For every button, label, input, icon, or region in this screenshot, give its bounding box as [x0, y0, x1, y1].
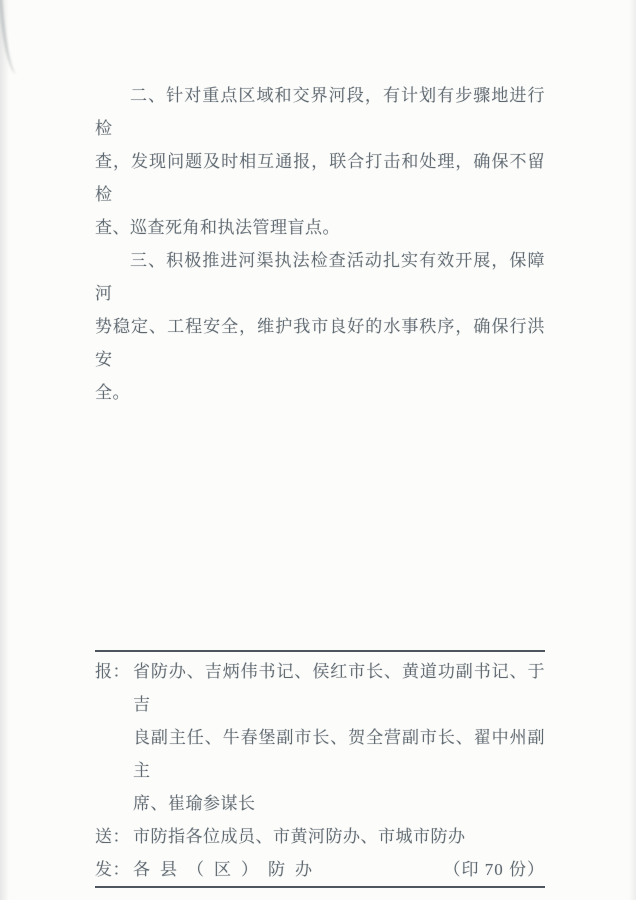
issue-row: 发： 各县（区）防办 （印 70 份）	[95, 853, 545, 886]
report-line: 良副主任、牛春堡副市长、贺全营副市长、翟中州副主	[133, 721, 545, 787]
distribution-footer: 报： 省防办、吉炳伟书记、侯红市长、黄道功副书记、于吉 良副主任、牛春堡副市长、…	[95, 650, 545, 888]
body-line: 势稳定、工程安全，维护我市良好的水事秩序，确保行洪安	[95, 310, 545, 376]
document-body: 二、针对重点区域和交界河段，有计划有步骤地进行检 查，发现问题及时相互通报，联合…	[95, 79, 545, 409]
body-line: 查，发现问题及时相互通报，联合打击和处理，确保不留检	[95, 145, 545, 211]
body-line: 全。	[95, 376, 545, 409]
print-copies: （印 70 份）	[444, 853, 546, 886]
report-label: 报：	[95, 655, 130, 688]
send-row: 送： 市防指各位成员、市黄河防办、市城市防办	[95, 820, 545, 853]
body-line: 三、积极推进河渠执法检查活动扎实有效开展，保障河	[95, 244, 545, 310]
issue-content: 各县（区）防办 （印 70 份）	[133, 853, 545, 886]
issue-line: 各县（区）防办	[133, 853, 322, 886]
paragraph-two: 二、针对重点区域和交界河段，有计划有步骤地进行检 查，发现问题及时相互通报，联合…	[95, 79, 545, 244]
report-line: 席、崔瑜参谋长	[133, 787, 545, 820]
body-line: 查、巡查死角和执法管理盲点。	[95, 211, 545, 244]
scan-edge-right-artifact	[629, 0, 636, 900]
paragraph-three: 三、积极推进河渠执法检查活动扎实有效开展，保障河 势稳定、工程安全，维护我市良好…	[95, 244, 545, 409]
send-line: 市防指各位成员、市黄河防办、市城市防办	[133, 820, 545, 853]
report-content: 省防办、吉炳伟书记、侯红市长、黄道功副书记、于吉 良副主任、牛春堡副市长、贺全营…	[133, 655, 545, 820]
send-content: 市防指各位成员、市黄河防办、市城市防办	[133, 820, 545, 853]
document-page: 二、针对重点区域和交界河段，有计划有步骤地进行检 查，发现问题及时相互通报，联合…	[0, 0, 636, 900]
send-label: 送：	[95, 820, 130, 853]
report-row: 报： 省防办、吉炳伟书记、侯红市长、黄道功副书记、于吉 良副主任、牛春堡副市长、…	[95, 655, 545, 820]
issue-label: 发：	[95, 853, 130, 886]
body-line: 二、针对重点区域和交界河段，有计划有步骤地进行检	[95, 79, 545, 145]
scan-streak-artifact	[0, 0, 18, 74]
scan-edge-left-artifact	[0, 0, 9, 900]
report-line: 省防办、吉炳伟书记、侯红市长、黄道功副书记、于吉	[133, 655, 545, 721]
